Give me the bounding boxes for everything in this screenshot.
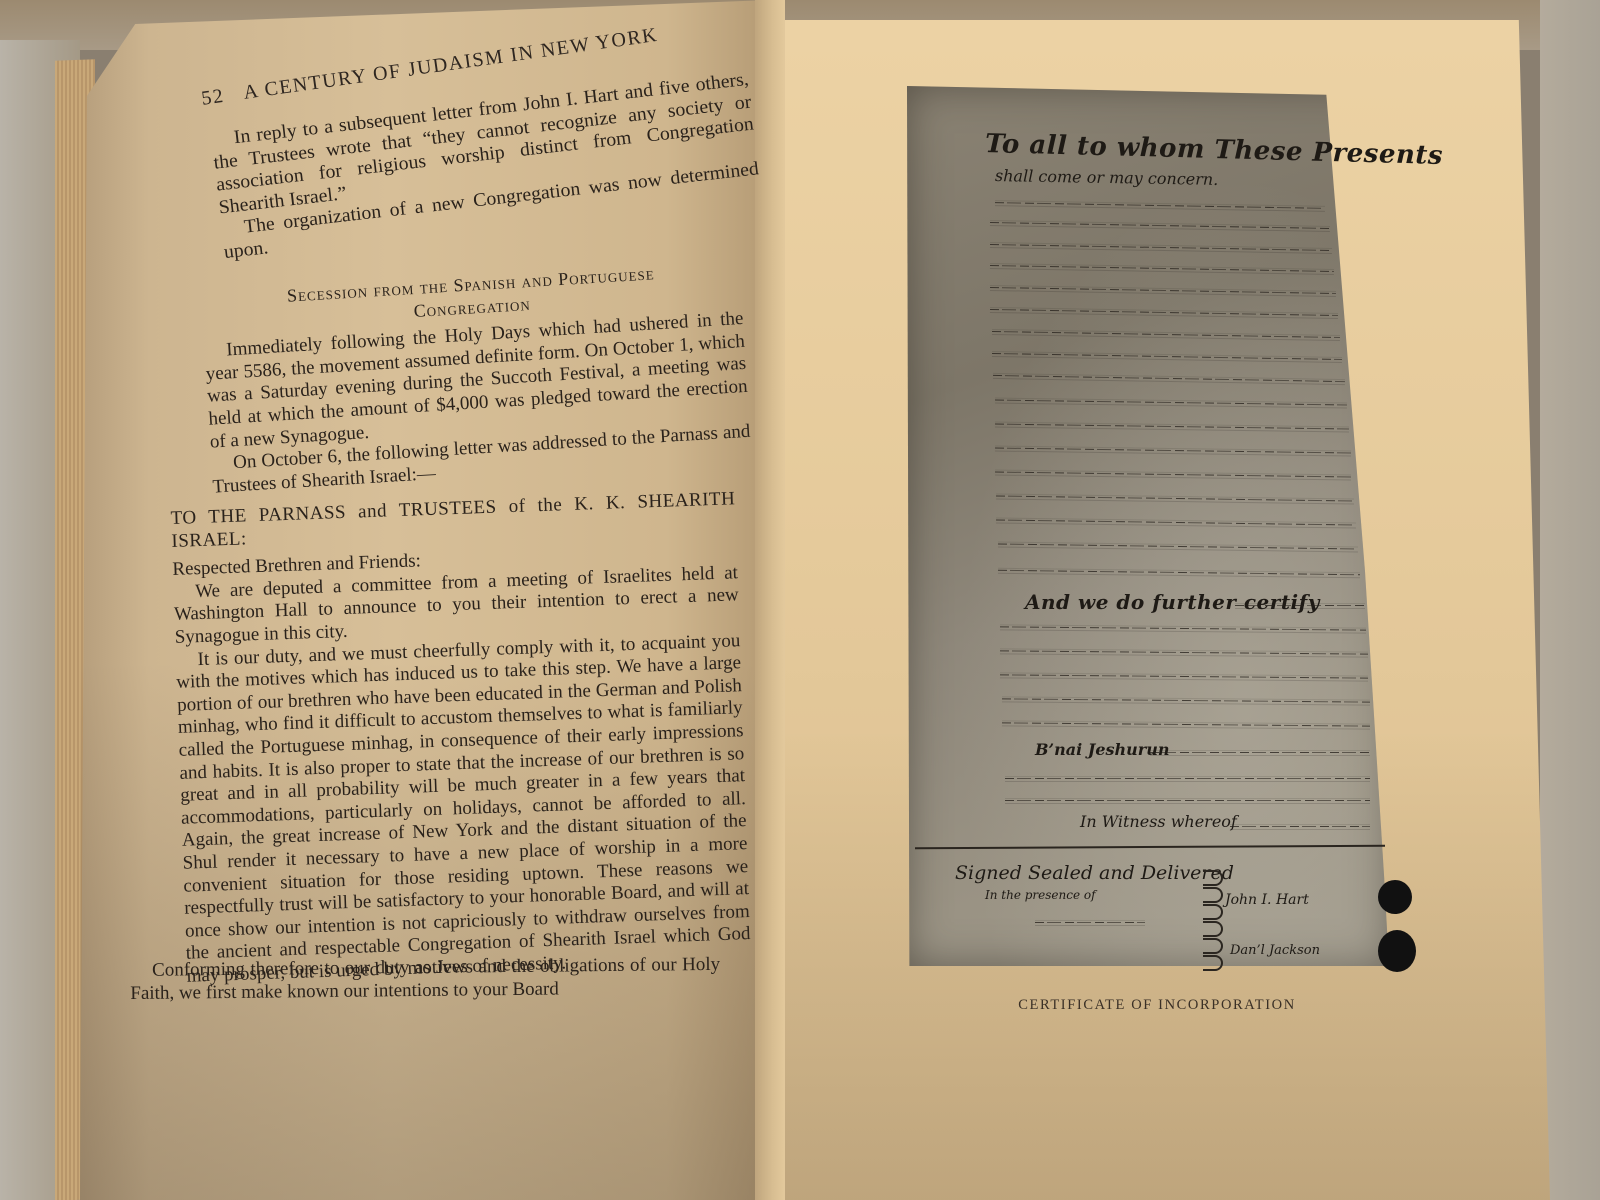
letter-paragraph: It is our duty, and we must cheerfully c… <box>175 630 751 988</box>
certificate-witness-phrase: In Witness whereof <box>1080 812 1237 831</box>
wax-seal-icon <box>1378 880 1412 914</box>
certificate-signed-line: Signed Sealed and Delivered <box>955 862 1234 884</box>
certificate-congregation-name: B’nai Jeshurun <box>1035 740 1169 759</box>
signature-john-hart: John I. Hart <box>1225 892 1309 908</box>
seal-bracket <box>1203 870 1225 972</box>
handwriting-line <box>1005 800 1370 801</box>
letter-section: TO THE PARNASS and TRUSTEES of the K. K.… <box>170 480 752 988</box>
handwriting-line <box>1150 752 1370 753</box>
handwriting-line <box>1230 826 1370 827</box>
background-wall-right <box>1540 0 1600 1200</box>
handwriting-line <box>1235 605 1365 606</box>
certificate-image-highlight <box>907 86 1389 966</box>
figure-caption: CERTIFICATE OF INCORPORATION <box>1012 997 1302 1014</box>
wax-seal-icon <box>1378 930 1416 972</box>
signature-daniel-jackson: Dan’l Jackson <box>1230 943 1320 958</box>
letter-paragraph: Conforming therefore to our duty as Jews… <box>130 954 720 1005</box>
secession-section: Secession from the Spanish and Portugues… <box>200 247 752 499</box>
letter-continued: Conforming therefore to our duty as Jews… <box>130 954 720 1005</box>
certificate-certify-phrase: And we do further certify <box>1025 590 1320 614</box>
handwriting-line <box>1005 778 1370 779</box>
certificate-presence-line: In the presence of <box>985 888 1096 902</box>
certificate-subheading: shall come or may concern. <box>995 166 1219 189</box>
witness-signature <box>1035 922 1145 923</box>
page-number: 52 <box>200 85 226 110</box>
